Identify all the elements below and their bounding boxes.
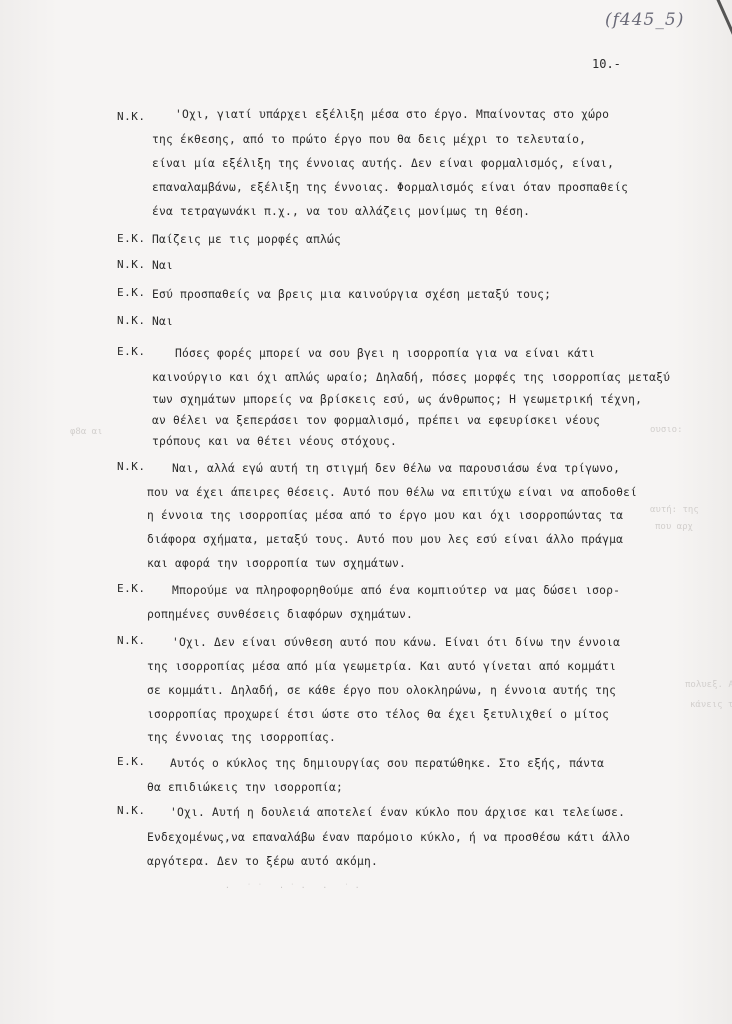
- dialogue-line: Αυτός ο κύκλος της δημιουργίας σου περατ…: [170, 757, 604, 770]
- dialogue-line: σε κομμάτι. Δηλαδή, σε κάθε έργο που ολο…: [147, 684, 616, 697]
- dialogue-line: της ισορροπίας μέσα από μία γεωμετρία. Κ…: [147, 660, 616, 673]
- speaker-label: N.K.: [117, 314, 146, 327]
- speaker-label: E.K.: [117, 582, 146, 595]
- speaker-label: E.K.: [117, 286, 146, 299]
- dialogue-line: Ναι: [152, 259, 173, 272]
- speaker-label: N.K.: [117, 804, 146, 817]
- dialogue-line: αν θέλει να ξεπεράσει τον φορμαλισμό, πρ…: [152, 414, 600, 427]
- speaker-label: N.K.: [117, 634, 146, 647]
- dialogue-line: καινούργιο και όχι απλώς ωραίο; Δηλαδή, …: [152, 371, 670, 384]
- dialogue-line: Παίζεις με τις μορφές απλώς: [152, 233, 341, 246]
- paper-specks: · ˙˙ ·˙· · ˙·: [225, 883, 366, 892]
- bleedthrough-text: ουσιο:: [650, 425, 683, 435]
- dialogue-line: 'Οχι. Αυτή η δουλειά αποτελεί έναν κύκλο…: [170, 806, 625, 819]
- dialogue-line: ένα τετραγωνάκι π.χ., να του αλλάζεις μο…: [152, 205, 530, 218]
- dialogue-line: που να έχει άπειρες θέσεις. Αυτό που θέλ…: [147, 486, 637, 499]
- document-page: (f445_5) 10.- φ8α αι ουσιο: αυτή: της πο…: [0, 0, 732, 1024]
- dialogue-line: επαναλαμβάνω, εξέλιξη της έννοιας. Φορμα…: [152, 181, 628, 194]
- dialogue-line: 'Οχι, γιατί υπάρχει εξέλιξη μέσα στο έργ…: [175, 108, 609, 121]
- dialogue-line: η έννοια της ισορροπίας μέσα από το έργο…: [147, 509, 623, 522]
- page-number: 10.-: [592, 57, 621, 71]
- speaker-label: N.K.: [117, 110, 146, 123]
- dialogue-line: των σχημάτων μπορείς να βρίσκεις εσύ, ως…: [152, 393, 642, 406]
- dialogue-line: ροπημένες συνθέσεις διαφόρων σχημάτων.: [147, 608, 413, 621]
- dialogue-line: της έκθεσης, από το πρώτο έργο που θα δε…: [152, 133, 586, 146]
- dialogue-line: θα επιδιώκεις την ισορροπία;: [147, 781, 343, 794]
- dialogue-line: είναι μία εξέλιξη της έννοιας αυτής. Δεν…: [152, 157, 614, 170]
- bleedthrough-text: φ8α αι: [70, 427, 103, 437]
- speaker-label: E.K.: [117, 345, 146, 358]
- dialogue-line: αργότερα. Δεν το ξέρω αυτό ακόμη.: [147, 855, 378, 868]
- dialogue-line: διάφορα σχήματα, μεταξύ τους. Αυτό που μ…: [147, 533, 623, 546]
- dialogue-line: Ενδεχομένως,να επαναλάβω έναν παρόμοιο κ…: [147, 831, 630, 844]
- bleedthrough-text: αυτή: της: [650, 505, 699, 515]
- dialogue-line: Μπορούμε να πληροφορηθούμε από ένα κομπι…: [172, 584, 620, 597]
- speaker-label: E.K.: [117, 232, 146, 245]
- dialogue-line: Ναι, αλλά εγώ αυτή τη στιγμή δεν θέλω να…: [172, 462, 620, 475]
- speaker-label: N.K.: [117, 258, 146, 271]
- dialogue-line: Πόσες φορές μπορεί να σου βγει η ισορροπ…: [175, 347, 595, 360]
- dialogue-line: Ναι: [152, 315, 173, 328]
- dialogue-line: 'Οχι. Δεν είναι σύνθεση αυτό που κάνω. Ε…: [172, 636, 620, 649]
- dialogue-line: της έννοιας της ισορροπίας.: [147, 731, 336, 744]
- speaker-label: N.K.: [117, 460, 146, 473]
- dialogue-line: Εσύ προσπαθείς να βρεις μια καινούργια σ…: [152, 288, 551, 301]
- speaker-label: E.K.: [117, 755, 146, 768]
- dialogue-line: και αφορά την ισορροπία των σχημάτων.: [147, 557, 406, 570]
- bleedthrough-text: που αρχ: [655, 522, 693, 532]
- dialogue-line: τρόπους και να θέτει νέους στόχους.: [152, 435, 397, 448]
- bleedthrough-text: πολυεξ. Αν: [685, 680, 732, 690]
- fold-mark: [712, 0, 732, 90]
- dialogue-line: ισορροπίας προχωρεί έτσι ώστε στο τέλος …: [147, 708, 609, 721]
- bleedthrough-text: κάνεις τ: [690, 700, 732, 710]
- handwritten-archive-note: (f445_5): [605, 10, 684, 30]
